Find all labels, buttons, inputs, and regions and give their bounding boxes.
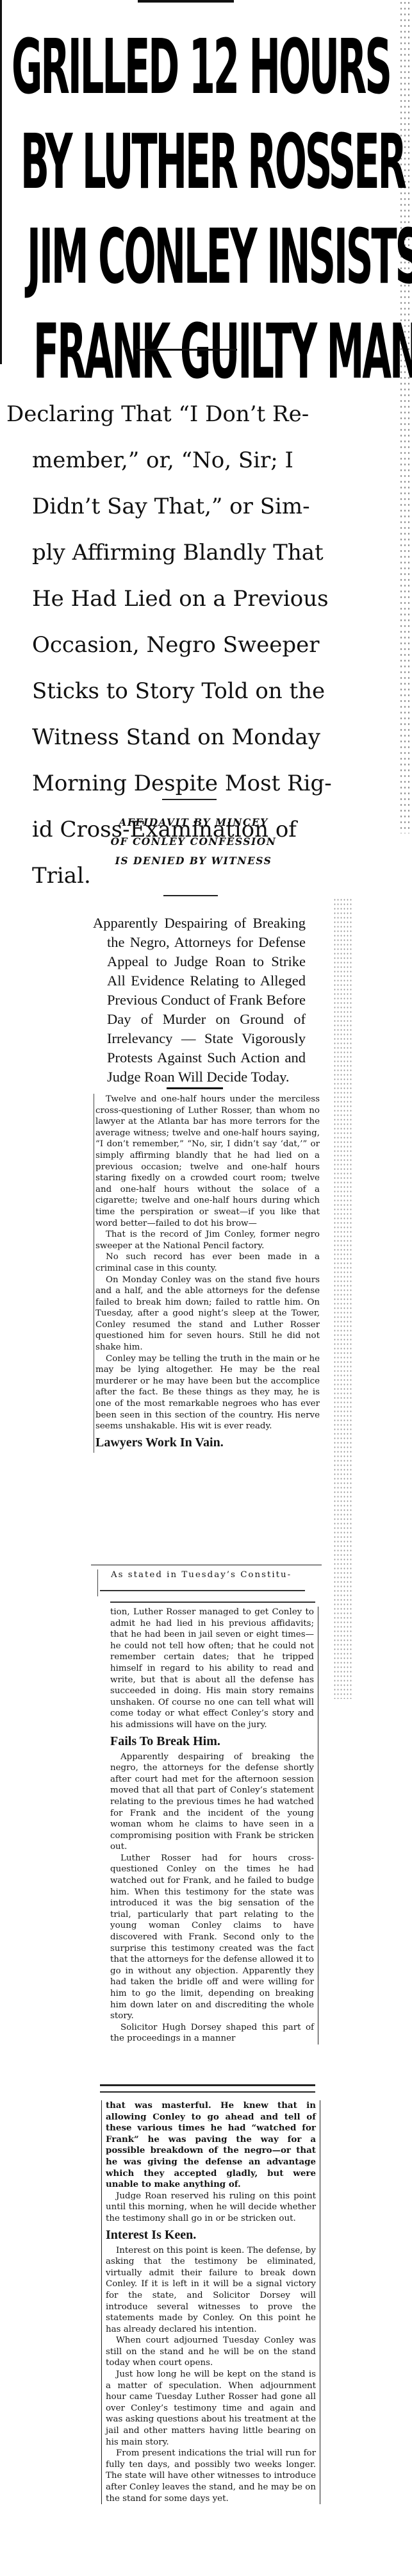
paragraph: Just how long he will be kept on the sta… (106, 2369, 316, 2448)
paragraph: Judge Roan reserved his ruling on this p… (106, 2191, 316, 2225)
subhead-interest-is-keen: Interest Is Keen. (106, 2229, 316, 2241)
deck-line: member,” or, “No, Sir; I (6, 437, 388, 483)
second-deck: Apparently Despairing of Breaking the Ne… (93, 914, 306, 1087)
article-column-part-3: tion, Luther Rosser managed to get Conle… (110, 1607, 318, 2045)
deck-line: Sticks to Story Told on the (6, 668, 388, 714)
deck-line: Witness Stand on Monday (6, 714, 388, 760)
paragraph: As stated in Tuesday’s Constitu- (101, 1569, 321, 1581)
deck-line: Didn’t Say That,” or Sim- (6, 483, 388, 530)
article-column-part-4: that was masterful. He knew that in allo… (101, 2100, 320, 2504)
paragraph: Apparently despairing of breaking the ne… (110, 1752, 314, 1853)
affidavit-subhead: AFFIDAVIT BY MINCEY OF CONLEY CONFESSION… (91, 813, 296, 871)
paragraph: Twelve and one-half hours under the merc… (95, 1094, 320, 1229)
headline-divider (136, 349, 237, 351)
article-column-part-1: Twelve and one-half hours under the merc… (94, 1094, 320, 1453)
paragraph: that was masterful. He knew that in allo… (106, 2100, 316, 2191)
deck-line: ply Affirming Blandly That (6, 530, 388, 576)
paragraph: Interest on this point is keen. The defe… (106, 2245, 316, 2336)
headline-line: BY LUTHER ROSSER (21, 114, 194, 209)
paragraph: No such record has ever been made in a c… (95, 1251, 320, 1274)
paragraph: tion, Luther Rosser managed to get Conle… (110, 1607, 314, 1731)
affidavit-line: OF CONLEY CONFESSION (91, 832, 296, 851)
deck-line: Occasion, Negro Sweeper (6, 622, 388, 668)
deck-line: He Had Lied on a Previous (6, 576, 388, 622)
affidavit-rule-top (162, 799, 217, 800)
clipping-seam (100, 2084, 315, 2086)
scan-noise-middle (333, 898, 352, 1699)
affidavit-rule-bottom (163, 895, 218, 896)
clipping-seam (100, 2091, 315, 2093)
headline: GRILLED 12 HOURS BY LUTHER ROSSER JIM CO… (8, 19, 367, 399)
paragraph: Solicitor Hugh Dorsey shaped this part o… (110, 2022, 314, 2045)
headline-line: GRILLED 12 HOURS (12, 19, 189, 114)
paragraph: When court adjourned Tuesday Conley was … (106, 2335, 316, 2369)
paragraph: That is the record of Jim Conley, former… (95, 1229, 320, 1251)
headline-line: FRANK GUILTY MAN (33, 304, 200, 399)
clipping-seam (100, 1590, 305, 1591)
second-deck-divider (167, 1087, 223, 1089)
paragraph: Conley may be telling the truth in the m… (95, 1353, 320, 1432)
clipping-seam (110, 1602, 315, 1603)
subhead-fails-to-break: Fails To Break Him. (110, 1735, 314, 1748)
deck-line: Declaring That “I Don’t Re- (6, 391, 388, 437)
affidavit-line: AFFIDAVIT BY MINCEY (91, 813, 296, 832)
article-column-part-2: As stated in Tuesday’s Constitu- (97, 1569, 321, 1596)
clipping-seam (91, 1564, 322, 1566)
subhead-lawyers-work: Lawyers Work In Vain. (95, 1436, 320, 1449)
left-border-rule (0, 0, 2, 364)
paragraph: On Monday Conley was on the stand five h… (95, 1275, 320, 1353)
top-rule (138, 0, 234, 3)
headline-line: JIM CONLEY INSISTS (27, 209, 197, 304)
paragraph: Luther Rosser had for hours cross-questi… (110, 1853, 314, 2022)
affidavit-line: IS DENIED BY WITNESS (91, 851, 296, 871)
paragraph: From present indications the trial will … (106, 2448, 316, 2504)
